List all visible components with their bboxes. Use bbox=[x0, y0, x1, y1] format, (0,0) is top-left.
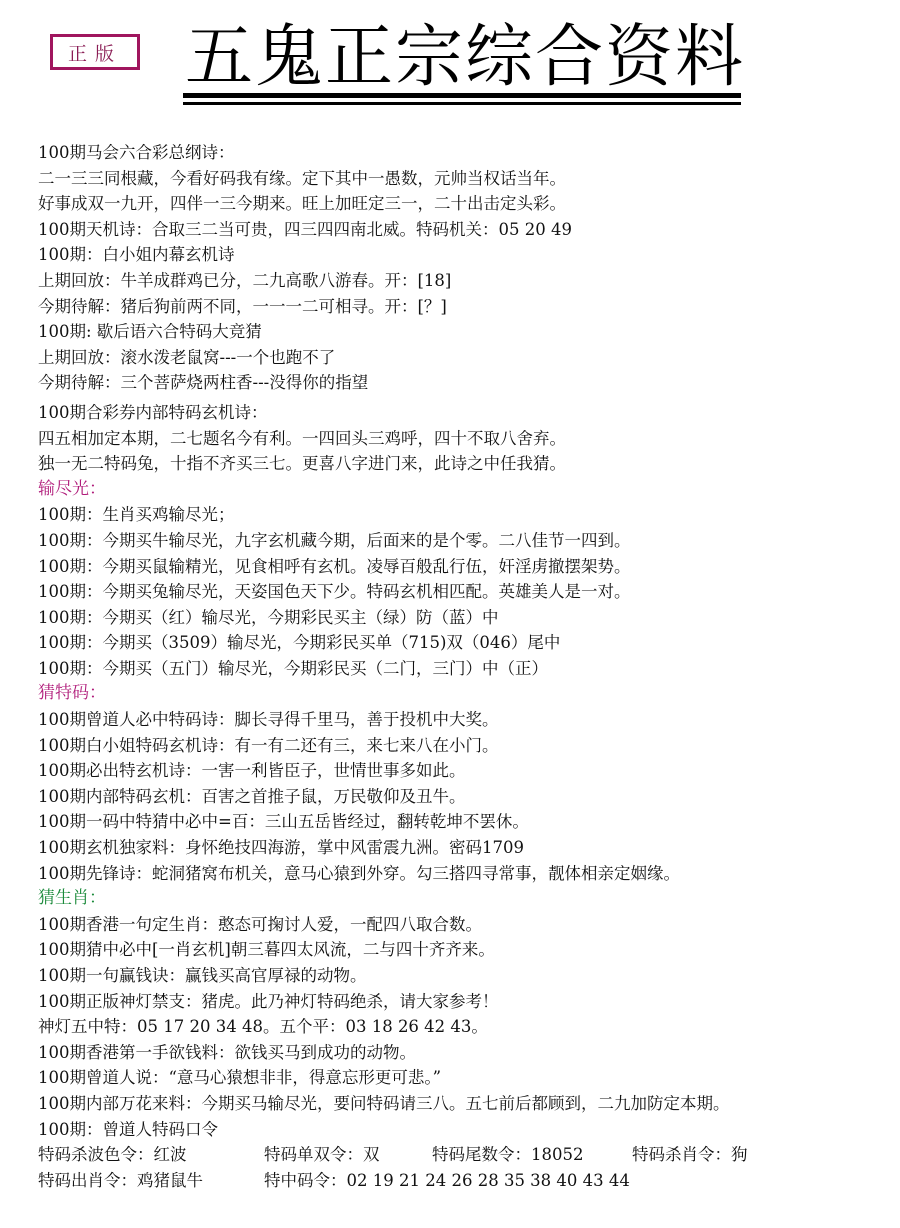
text-line: 四五相加定本期，二七题名今有利。一四回头三鸡呼，四十不取八舍弃。 bbox=[38, 426, 888, 452]
section-heading: 猜特码： bbox=[38, 681, 888, 707]
text-line: 100期：白小姐内幕玄机诗 bbox=[38, 242, 888, 268]
text-line: 100期：今期买（3509）输尽光，今期彩民买单（715)双（046）尾中 bbox=[38, 630, 888, 656]
title-underline-thick bbox=[183, 93, 741, 98]
section-caitema: 猜特码： 100期曾道人必中特码诗：脚长寻得千里马，善于投机中大奖。 100期白… bbox=[38, 681, 888, 886]
document-body: 100期马会六合彩总纲诗： 二一三三同根藏，今看好码我有缘。定下其中一愚数，元帅… bbox=[38, 140, 888, 1193]
text-line: 神灯五中特：05 17 20 34 48。五个平：03 18 26 42 43。 bbox=[38, 1014, 888, 1040]
command-row: 特码出肖令：鸡猪鼠牛 特中码令：02 19 21 24 26 28 35 38 … bbox=[38, 1168, 888, 1194]
section-heading: 输尽光： bbox=[38, 477, 888, 503]
text-line: 二一三三同根藏，今看好码我有缘。定下其中一愚数，元帅当权话当年。 bbox=[38, 166, 888, 192]
text-line: 100期正版神灯禁支：猪虎。此乃神灯特码绝杀，请大家参考！ bbox=[38, 989, 888, 1015]
block-internal-poem: 100期合彩券内部特码玄机诗： 四五相加定本期，二七题名今有利。一四回头三鸡呼，… bbox=[38, 400, 888, 477]
text-line: 100期合彩券内部特码玄机诗： bbox=[38, 400, 888, 426]
text-line: 100期先锋诗：蛇洞猪窝布机关，意马心猿到外穿。勾三搭四寻常事，靓体相亲定姻缘。 bbox=[38, 861, 888, 887]
text-line: 100期: 歇后语六合特码大竞猜 bbox=[38, 319, 888, 345]
text-line: 上期回放：牛羊成群鸡已分，二九高歌八游春。开：[18] bbox=[38, 268, 888, 294]
text-line: 今期待解：三个菩萨烧两柱香---没得你的指望 bbox=[38, 370, 888, 396]
command-item: 特码尾数令：18052 bbox=[432, 1142, 632, 1168]
text-line: 独一无二特码兔，十指不齐买三七。更喜八字进门来，此诗之中任我猜。 bbox=[38, 451, 888, 477]
command-row: 特码杀波色令：红波 特码单双令：双 特码尾数令：18052 特码杀肖令：狗 bbox=[38, 1142, 888, 1168]
text-line: 100期：今期买牛输尽光，九字玄机藏今期，后面来的是个零。二八佳节一四到。 bbox=[38, 528, 888, 554]
section-heading: 猜生肖： bbox=[38, 886, 888, 912]
text-line: 100期：今期买兔输尽光，天姿国色天下少。特码玄机相匹配。英雄美人是一对。 bbox=[38, 579, 888, 605]
command-item: 特码杀肖令：狗 bbox=[632, 1142, 748, 1168]
text-line: 100期必出特玄机诗：一害一利皆臣子，世情世事多如此。 bbox=[38, 758, 888, 784]
text-line: 100期曾道人说：“意马心猿想非非，得意忘形更可悲。” bbox=[38, 1065, 888, 1091]
text-line: 100期香港第一手欲钱料：欲钱买马到成功的动物。 bbox=[38, 1040, 888, 1066]
text-line: 100期白小姐特码玄机诗：有一有二还有三，来七来八在小门。 bbox=[38, 733, 888, 759]
text-line: 100期曾道人必中特码诗：脚长寻得千里马，善于投机中大奖。 bbox=[38, 707, 888, 733]
text-line: 100期：今期买鼠输精光，见食相呼有玄机。凌辱百般乱行伍，奸淫虏撤摆架势。 bbox=[38, 554, 888, 580]
title-underline-thin bbox=[183, 102, 741, 105]
command-item: 特码杀波色令：红波 bbox=[38, 1142, 264, 1168]
section-shujinguang: 输尽光： 100期：生肖买鸡输尽光； 100期：今期买牛输尽光，九字玄机藏今期，… bbox=[38, 477, 888, 682]
text-line: 100期一句赢钱诀：赢钱买高官厚禄的动物。 bbox=[38, 963, 888, 989]
text-line: 100期：今期买（五门）输尽光，今期彩民买（二门，三门）中（正） bbox=[38, 656, 888, 682]
text-line: 100期马会六合彩总纲诗： bbox=[38, 140, 888, 166]
text-line: 100期：今期买（红）输尽光，今期彩民买主（绿）防（蓝）中 bbox=[38, 605, 888, 631]
text-line: 100期天机诗：合取三二当可贵，四三四四南北威。特码机关：05 20 49 bbox=[38, 217, 888, 243]
command-item: 特码单双令：双 bbox=[264, 1142, 432, 1168]
text-line: 100期：生肖买鸡输尽光； bbox=[38, 502, 888, 528]
text-line: 100期内部万花来料：今期买马输尽光，要问特码请三八。五七前后都顾到，二九加防定… bbox=[38, 1091, 888, 1117]
text-line: 100期香港一句定生肖：憨态可掬讨人爱，一配四八取合数。 bbox=[38, 912, 888, 938]
text-line: 上期回放：滚水泼老鼠窝---一个也跑不了 bbox=[38, 345, 888, 371]
page-title: 五鬼正宗综合资料 bbox=[185, 18, 745, 98]
text-line: 今期待解：猪后狗前两不同，一一一二可相寻。开：[？] bbox=[38, 294, 888, 320]
text-line: 好事成双一九开，四伴一三今期来。旺上加旺定三一，二十出击定头彩。 bbox=[38, 191, 888, 217]
section-caishengxiao: 猜生肖： 100期香港一句定生肖：憨态可掬讨人爱，一配四八取合数。 100期猜中… bbox=[38, 886, 888, 1142]
text-line: 100期猜中必中[一肖玄机]朝三暮四太风流，二与四十齐齐来。 bbox=[38, 937, 888, 963]
command-block: 特码杀波色令：红波 特码单双令：双 特码尾数令：18052 特码杀肖令：狗 特码… bbox=[38, 1142, 888, 1193]
command-item: 特码出肖令：鸡猪鼠牛 bbox=[38, 1168, 264, 1194]
text-line: 100期：曾道人特码口令 bbox=[38, 1117, 888, 1143]
command-item: 特中码令：02 19 21 24 26 28 35 38 40 43 44 bbox=[264, 1168, 630, 1194]
text-line: 100期玄机独家料：身怀绝技四海游，掌中风雷震九洲。密码1709 bbox=[38, 835, 888, 861]
text-line: 100期一码中特猜中必中=百：三山五岳皆经过，翻转乾坤不罢休。 bbox=[38, 809, 888, 835]
authentic-badge: 正版 bbox=[50, 34, 140, 70]
block-main-poems: 100期马会六合彩总纲诗： 二一三三同根藏，今看好码我有缘。定下其中一愚数，元帅… bbox=[38, 140, 888, 396]
text-line: 100期内部特码玄机：百害之首推子鼠，万民敬仰及丑牛。 bbox=[38, 784, 888, 810]
